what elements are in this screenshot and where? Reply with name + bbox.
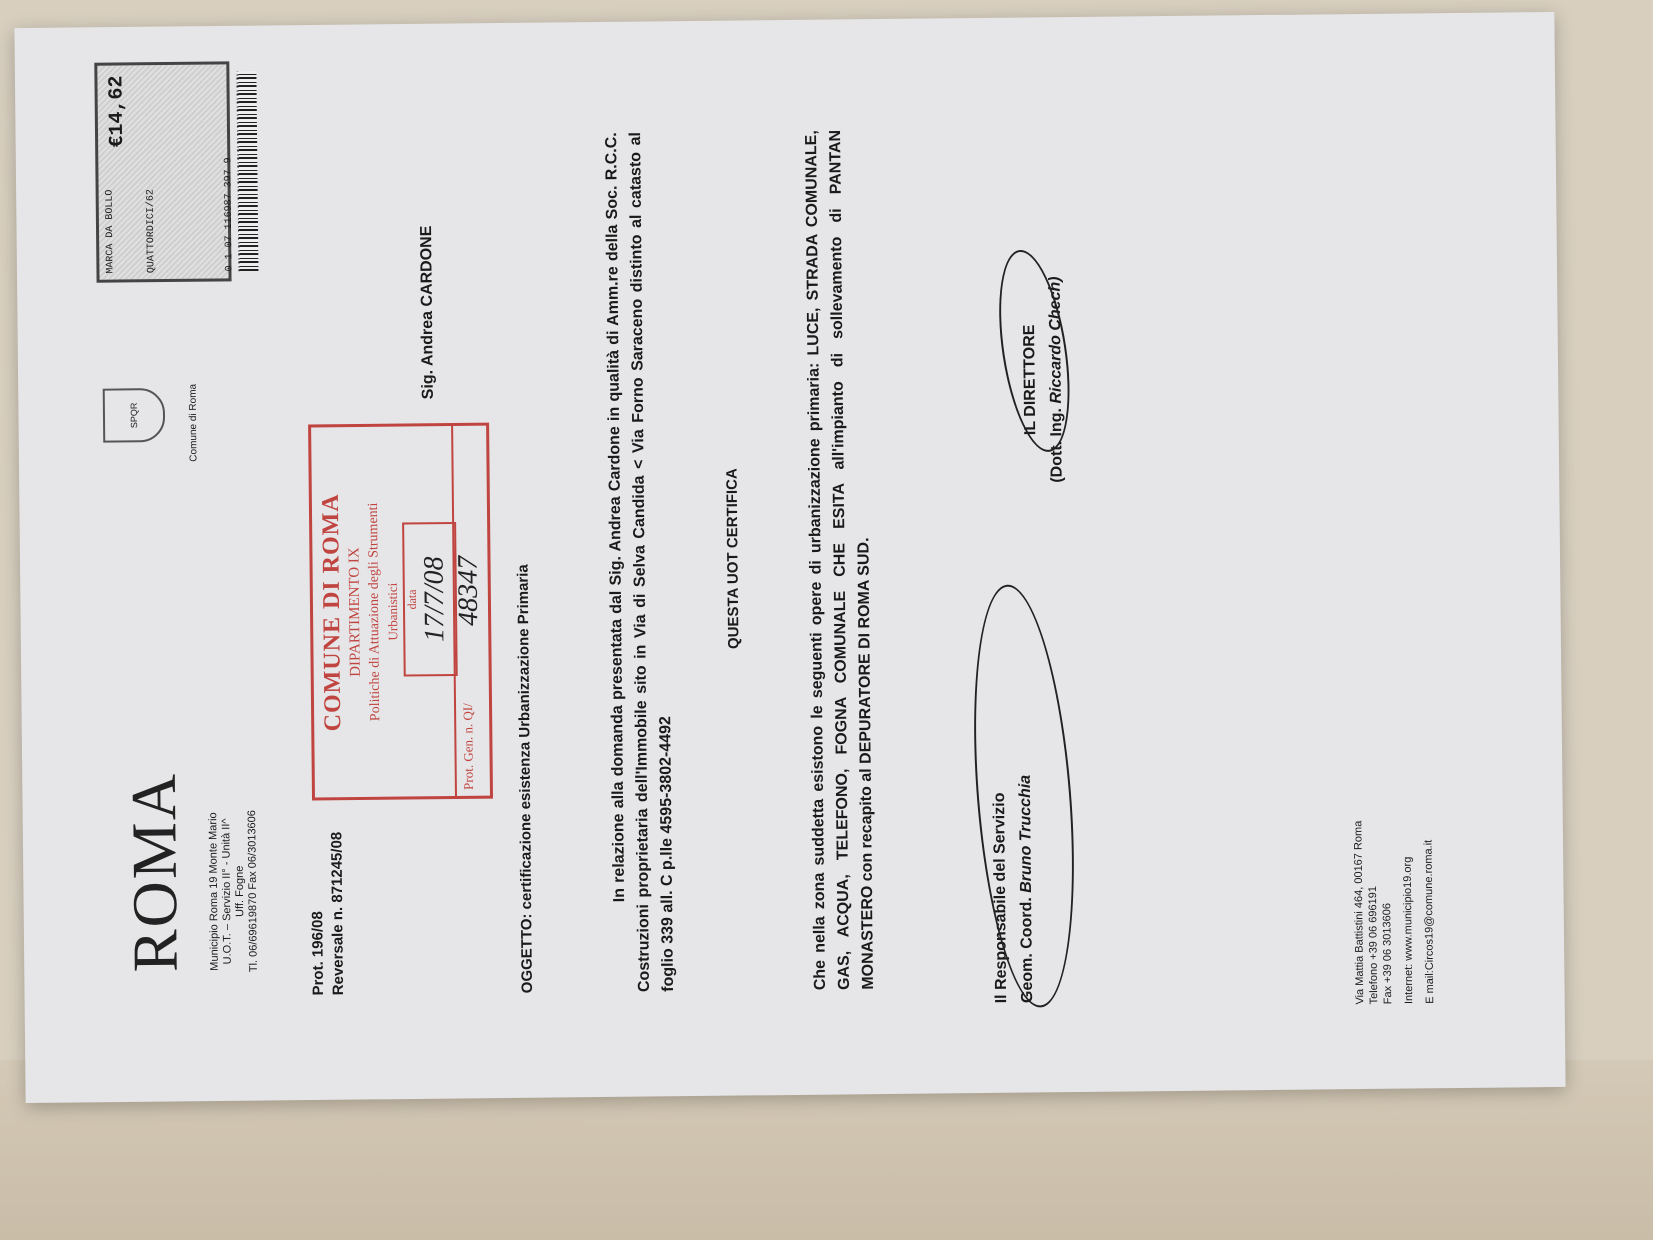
roma-logo: ROMA	[117, 772, 193, 973]
reversale-number: Reversale n. 871245/08	[327, 832, 349, 996]
tax-stamp-words: QUATTORDICI/62	[144, 71, 157, 273]
subject-line: OGGETTO: certificazione esistenza Urbani…	[515, 564, 536, 993]
prot-number: Prot. 196/08	[307, 832, 329, 996]
stamp-date-box: data 17/7/08	[402, 522, 458, 677]
municipio-header: Municipio Roma 19 Monte Mario U.O.T. – S…	[207, 786, 261, 997]
stamp-date-value: 17/7/08	[418, 524, 452, 674]
tax-stamp: MARCA DA BOLLO €14,62 QUATTORDICI/62	[94, 61, 231, 282]
roma-crest-icon: SPQR	[103, 388, 166, 443]
body-paragraph-2: Che nella zona suddetta esistono le segu…	[800, 130, 881, 991]
comune-red-stamp: COMUNE DI ROMA DIPARTIMENTO IX Politiche…	[308, 423, 493, 801]
barcode-icon	[236, 71, 258, 271]
recipient: Sig. Andrea CARDONE	[418, 226, 438, 400]
tax-stamp-amount: €14,62	[105, 75, 129, 147]
page-footer: Via Mattia Battistini 464, 00167 Roma Te…	[1352, 820, 1438, 1005]
crest-label: Comune di Roma	[188, 384, 200, 462]
document-paper: ROMA Municipio Roma 19 Monte Mario U.O.T…	[14, 12, 1565, 1103]
body-paragraph-1: In relazione alla domanda presentata dal…	[600, 132, 681, 993]
document-page: ROMA Municipio Roma 19 Monte Mario U.O.T…	[14, 12, 1565, 1103]
signature-scribble-left	[960, 581, 1088, 1011]
stamp-prot-value: 48347	[452, 556, 485, 626]
barcode-number: 0 1 07 116987 397 9	[223, 157, 235, 271]
certifica-heading: QUESTA UOT CERTIFICA	[719, 21, 747, 1096]
protocol-block: Prot. 196/08 Reversale n. 871245/08	[307, 832, 349, 996]
